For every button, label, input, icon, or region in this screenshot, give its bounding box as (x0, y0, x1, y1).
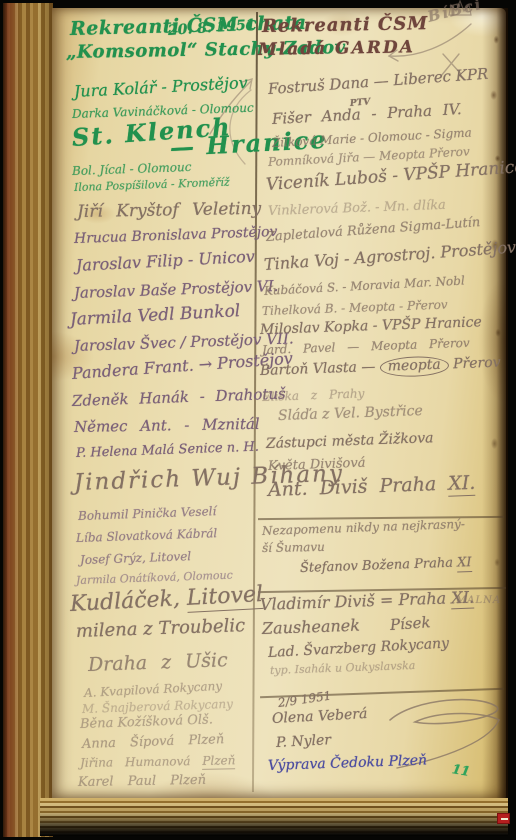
signature-entry: A. Kvapilová Rokycany (84, 680, 223, 699)
signature-entry: Líba Slovatková Kábrál (76, 527, 218, 544)
bottom-page-edges (40, 798, 508, 836)
signature-entry: Sláďa z Vel. Bystřice (278, 404, 423, 423)
circled-word: meopta (379, 355, 449, 377)
underlined-word: Plzeň (202, 753, 235, 770)
signature-entry: Hrucua Bronislava Prostějov (74, 225, 278, 246)
underlined-word: XI (457, 555, 472, 572)
signature-entry: Fostruš Dana — Liberec KPR (267, 67, 488, 97)
signature-entry: typ. Isahák u Oukyslavska (270, 660, 416, 676)
signature-entry: Tinka Voj - Agrostroj. Prostějov (263, 239, 516, 273)
signature-entry: Bartoň Vlasta — meopta Přerov (260, 356, 501, 378)
signature-entry: 2/9 1951 (277, 690, 332, 709)
signature-entry: Ilona Pospíšilová - Kroměříž (74, 177, 230, 193)
scan-corner-marker (497, 813, 510, 824)
signature-entry: Karel Paul Plzeň (78, 774, 206, 789)
signature-entry: Vladimír Diviš = Praha XI. (260, 590, 475, 613)
signature-entry: Jiřina Humanová Plzeň (80, 754, 236, 769)
signature-entry: Květa Divišová (268, 457, 366, 473)
signature-entry: Jarmila Vedl Bunkol (70, 303, 241, 329)
signature-entry: Bol. Jícal - Olomouc (72, 161, 192, 177)
signature-entry: Němec Ant. - Mznitál (74, 417, 260, 435)
signature-entry: P. Helena Malá Senice n. H. (76, 441, 259, 460)
signature-entry: Štefanov Božena Praha XI (300, 556, 472, 575)
signature-entry: Tihelková B. - Meopta - Přerov (262, 299, 448, 317)
underlined-word: XI. (448, 472, 476, 497)
signature-entry: Písek (389, 615, 431, 633)
signature-entry: Fišer Anda - Praha IV. (272, 102, 462, 127)
signature-entry: Zausheanek (262, 618, 360, 637)
signature-entry: 11 (451, 763, 471, 779)
signature-entry: Eliška z Prahy (262, 387, 365, 403)
signature-entry: Josef Grýz, Litovel (80, 550, 192, 566)
handwriting-layer: Jura Kolář - ProstějovDarka Vavináčková … (0, 0, 516, 840)
signature-entry: Jura Kolář - Prostějov (74, 75, 248, 100)
signature-entry: Běna Kožíšková Olš. (80, 713, 213, 731)
signature-entry: Jaroslav Filip - Unicov (76, 249, 256, 274)
signature-entry: MALNA (456, 596, 501, 606)
signature-entry: Miloslav Kopka - VPŠP Hranice (260, 315, 482, 337)
signature-entry: Jaroslav Baše Prostějov VI. (74, 279, 279, 301)
scanned-guestbook-page: 20. 8. 1951 Rekreanti ČSM chata „Komsomo… (0, 0, 516, 840)
signature-entry: Lad. Švarzberg Rokycany (268, 637, 450, 660)
signature-entry: Výprava Čedoku Plzeň (268, 753, 427, 773)
underlined-word: Litovel (186, 582, 264, 613)
signature-entry: Vinklerová Bož. - Mn. dlíka (268, 199, 446, 218)
signature-entry: Olena Veberá (272, 707, 368, 726)
signature-entry: Kubáčová S. - Moravia Mar. Nobl (264, 274, 465, 297)
signature-entry: Zapletalová Růžena Sigma-Lutín (266, 216, 481, 244)
signature-entry: Nezapomenu nikdy na nejkrasný- (262, 518, 465, 537)
signature-entry: Jarmila Onátíková, Olomouc (76, 570, 233, 586)
signature-entry: Zástupci města Žižkova (266, 431, 434, 451)
signature-entry: Ant. Diviš Praha XI. (268, 474, 476, 500)
signature-entry: P. Nyler (276, 733, 332, 750)
signature-entry: ší Šumavu (262, 541, 325, 554)
signature-entry: Bohumil Pinička Veselí (78, 505, 217, 522)
signature-entry: Zdeněk Hanák - Drahotuš (72, 387, 286, 409)
signature-entry: Draha z Ušic (88, 651, 228, 675)
signature-entry: Anna Šípová Plzeň (82, 733, 225, 751)
signature-entry: milena z Troubelic (76, 617, 246, 641)
signature-entry: Jiří Kryštof Veletiny (77, 201, 262, 221)
signature-entry: Kudláček, Litovel (69, 584, 263, 616)
